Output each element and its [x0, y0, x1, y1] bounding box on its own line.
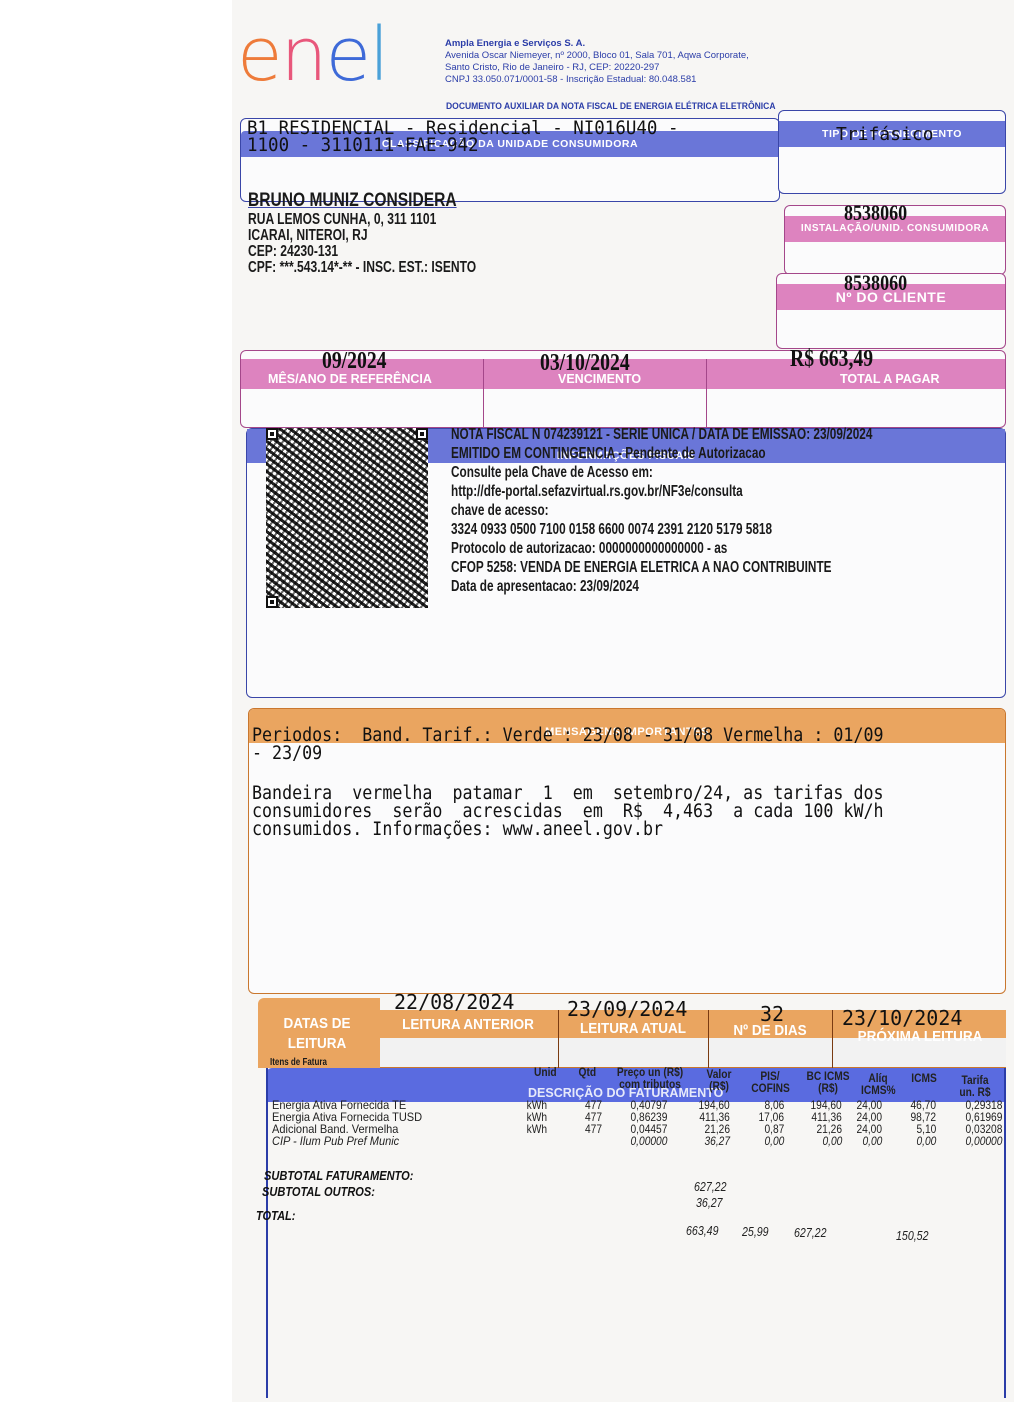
unidade-line-2: 1100 - 3110111-FAE-942 — [247, 137, 678, 154]
col-aliq: Alíq ICMS% — [861, 1072, 895, 1096]
cell-valor: 36,27 — [704, 1134, 730, 1148]
chave-label: chave de acesso: — [451, 501, 872, 520]
reference-value: 09/2024 — [322, 348, 387, 375]
total-bc: 627,22 — [794, 1226, 826, 1240]
company-ids: CNPJ 33.050.071/0001-58 - Inscrição Esta… — [445, 74, 749, 86]
logo-letter: l — [369, 12, 388, 98]
divider — [832, 1010, 833, 1068]
logo-letter: n — [281, 12, 326, 98]
cell-icms: 0,00 — [916, 1134, 936, 1148]
items-label: Itens de Fatura — [270, 1057, 327, 1068]
leitura-atual-value: 23/09/2024 — [567, 997, 687, 1021]
table-row: Adicional Band. VermelhakWh4770,0445721,… — [272, 1122, 1002, 1134]
qr-finder — [416, 428, 428, 440]
leitura-label: DATAS DE LEITURA — [268, 1014, 367, 1054]
company-address-1: Avenida Oscar Niemeyer, nº 2000, Bloco 0… — [445, 50, 749, 62]
col-pis: PIS/ COFINS — [751, 1070, 788, 1094]
client-street: RUA LEMOS CUNHA, 0, 311 1101 — [248, 212, 476, 228]
proxima-leitura-label: PRÓXIMA LEITURA — [843, 1028, 998, 1045]
total-value: R$ 663,49 — [790, 346, 873, 373]
divider — [558, 1010, 559, 1068]
total-label-row: TOTAL: — [256, 1208, 295, 1223]
enel-logo: enel — [237, 18, 388, 92]
client-address: RUA LEMOS CUNHA, 0, 311 1101 ICARAI, NIT… — [248, 212, 476, 276]
divider — [706, 359, 707, 427]
proxima-leitura-value: 23/10/2024 — [842, 1006, 962, 1030]
table-row: CIP - Ilum Pub Pref Munic0,0000036,270,0… — [272, 1134, 1002, 1146]
subtotal-outros-label: SUBTOTAL OUTROS: — [262, 1184, 375, 1199]
instalacao-value: 8538060 — [844, 200, 907, 226]
protocolo: Protocolo de autorizacao: 00000000000000… — [451, 539, 872, 558]
total-icms: 150,52 — [896, 1229, 928, 1243]
col-tarifa: Tarifa un. R$ — [954, 1074, 997, 1098]
col-qtd: Qtd — [579, 1066, 597, 1078]
total-pis: 25,99 — [742, 1225, 769, 1239]
cell-pis: 0,00 — [764, 1134, 784, 1148]
message-periodos: Periodos: Band. Tarif.: Verde : 23/08 - … — [252, 727, 884, 763]
qr-finder — [266, 596, 278, 608]
fornecimento-value: Trifásico — [836, 124, 934, 145]
document-title: DOCUMENTO AUXILIAR DA NOTA FISCAL DE ENE… — [446, 101, 775, 112]
qr-finder — [266, 428, 278, 440]
col-preco: Preço un (R$) com tributos — [611, 1066, 689, 1090]
due-value: 03/10/2024 — [540, 350, 630, 377]
cell-bc: 0,00 — [822, 1134, 842, 1148]
cell-tarifa: 0,00000 — [965, 1134, 1002, 1148]
client-cep: CEP: 24230-131 — [248, 244, 476, 260]
table-row: Energia Ativa Fornecida TEkWh4770,407971… — [272, 1098, 1002, 1110]
leitura-anterior-label: LEITURA ANTERIOR — [389, 1016, 547, 1033]
total-valor: 663,49 — [686, 1224, 718, 1238]
col-icms: ICMS — [909, 1072, 940, 1084]
nota-fiscal-number: NOTA FISCAL N 074239121 - SERIE UNICA / … — [451, 425, 872, 444]
unidade-classification: B1 RESIDENCIAL - Residencial - NI016U40 … — [247, 120, 678, 154]
client-name: BRUNO MUNIZ CONSIDERA — [248, 190, 457, 212]
message-bandeira: Bandeira vermelha patamar 1 em setembro/… — [252, 785, 884, 839]
consulta-label: Consulte pela Chave de Acesso em: — [451, 463, 872, 482]
consulta-url[interactable]: http://dfe-portal.sefazvirtual.rs.gov.br… — [451, 482, 872, 501]
client-city: ICARAI, NITEROI, RJ — [248, 228, 476, 244]
subtotal-faturamento-value: 627,22 — [694, 1180, 726, 1194]
divider — [708, 1010, 709, 1068]
logo-letter: e — [237, 12, 281, 98]
qr-code[interactable] — [266, 428, 428, 608]
cliente-num-value: 8538060 — [844, 270, 907, 296]
subtotal-outros-value: 36,27 — [696, 1196, 723, 1210]
dias-value: 32 — [760, 1002, 784, 1026]
total-label: TOTAL A PAGAR — [840, 372, 940, 386]
cell-preco: 0,00000 — [630, 1134, 667, 1148]
data-apresentacao: Data de apresentacao: 23/09/2024 — [451, 577, 872, 596]
leitura-atual-label: LEITURA ATUAL — [567, 1020, 698, 1037]
leitura-anterior-value: 22/08/2024 — [394, 990, 514, 1014]
logo-letter: e — [325, 12, 369, 98]
table-row: Energia Ativa Fornecida TUSDkWh4770,8623… — [272, 1110, 1002, 1122]
fiscal-info: NOTA FISCAL N 074239121 - SERIE UNICA / … — [451, 425, 872, 596]
company-address-2: Santo Cristo, Rio de Janeiro - RJ, CEP: … — [445, 62, 749, 74]
item-description: CIP - Ilum Pub Pref Munic — [272, 1134, 399, 1148]
fornecimento-box: TIPO DE FORNECIMENTO — [778, 110, 1006, 194]
subtotal-faturamento-label: SUBTOTAL FATURAMENTO: — [264, 1168, 413, 1183]
col-valor: Valor (R$) — [701, 1068, 737, 1092]
company-info: Ampla Energia e Serviços S. A. Avenida O… — [445, 38, 749, 86]
client-cpf: CPF: ***.543.14*-** - INSC. EST.: ISENTO — [248, 260, 476, 276]
cfop: CFOP 5258: VENDA DE ENERGIA ELETRICA A N… — [451, 558, 872, 577]
col-bc: BC ICMS (R$) — [804, 1070, 852, 1094]
faturamento-table: Energia Ativa Fornecida TEkWh4770,407971… — [272, 1098, 1002, 1168]
company-name: Ampla Energia e Serviços S. A. — [445, 38, 749, 50]
right-border — [1004, 1068, 1006, 1398]
contingencia-status: EMITIDO EM CONTINGENCIA - Pendente de Au… — [451, 444, 872, 463]
col-unid: Unid — [534, 1066, 557, 1078]
left-border — [266, 1068, 268, 1398]
cell-aliq: 0,00 — [862, 1134, 882, 1148]
chave-acesso: 3324 0933 0500 7100 0158 6600 0074 2391 … — [451, 520, 872, 539]
divider — [483, 359, 484, 427]
